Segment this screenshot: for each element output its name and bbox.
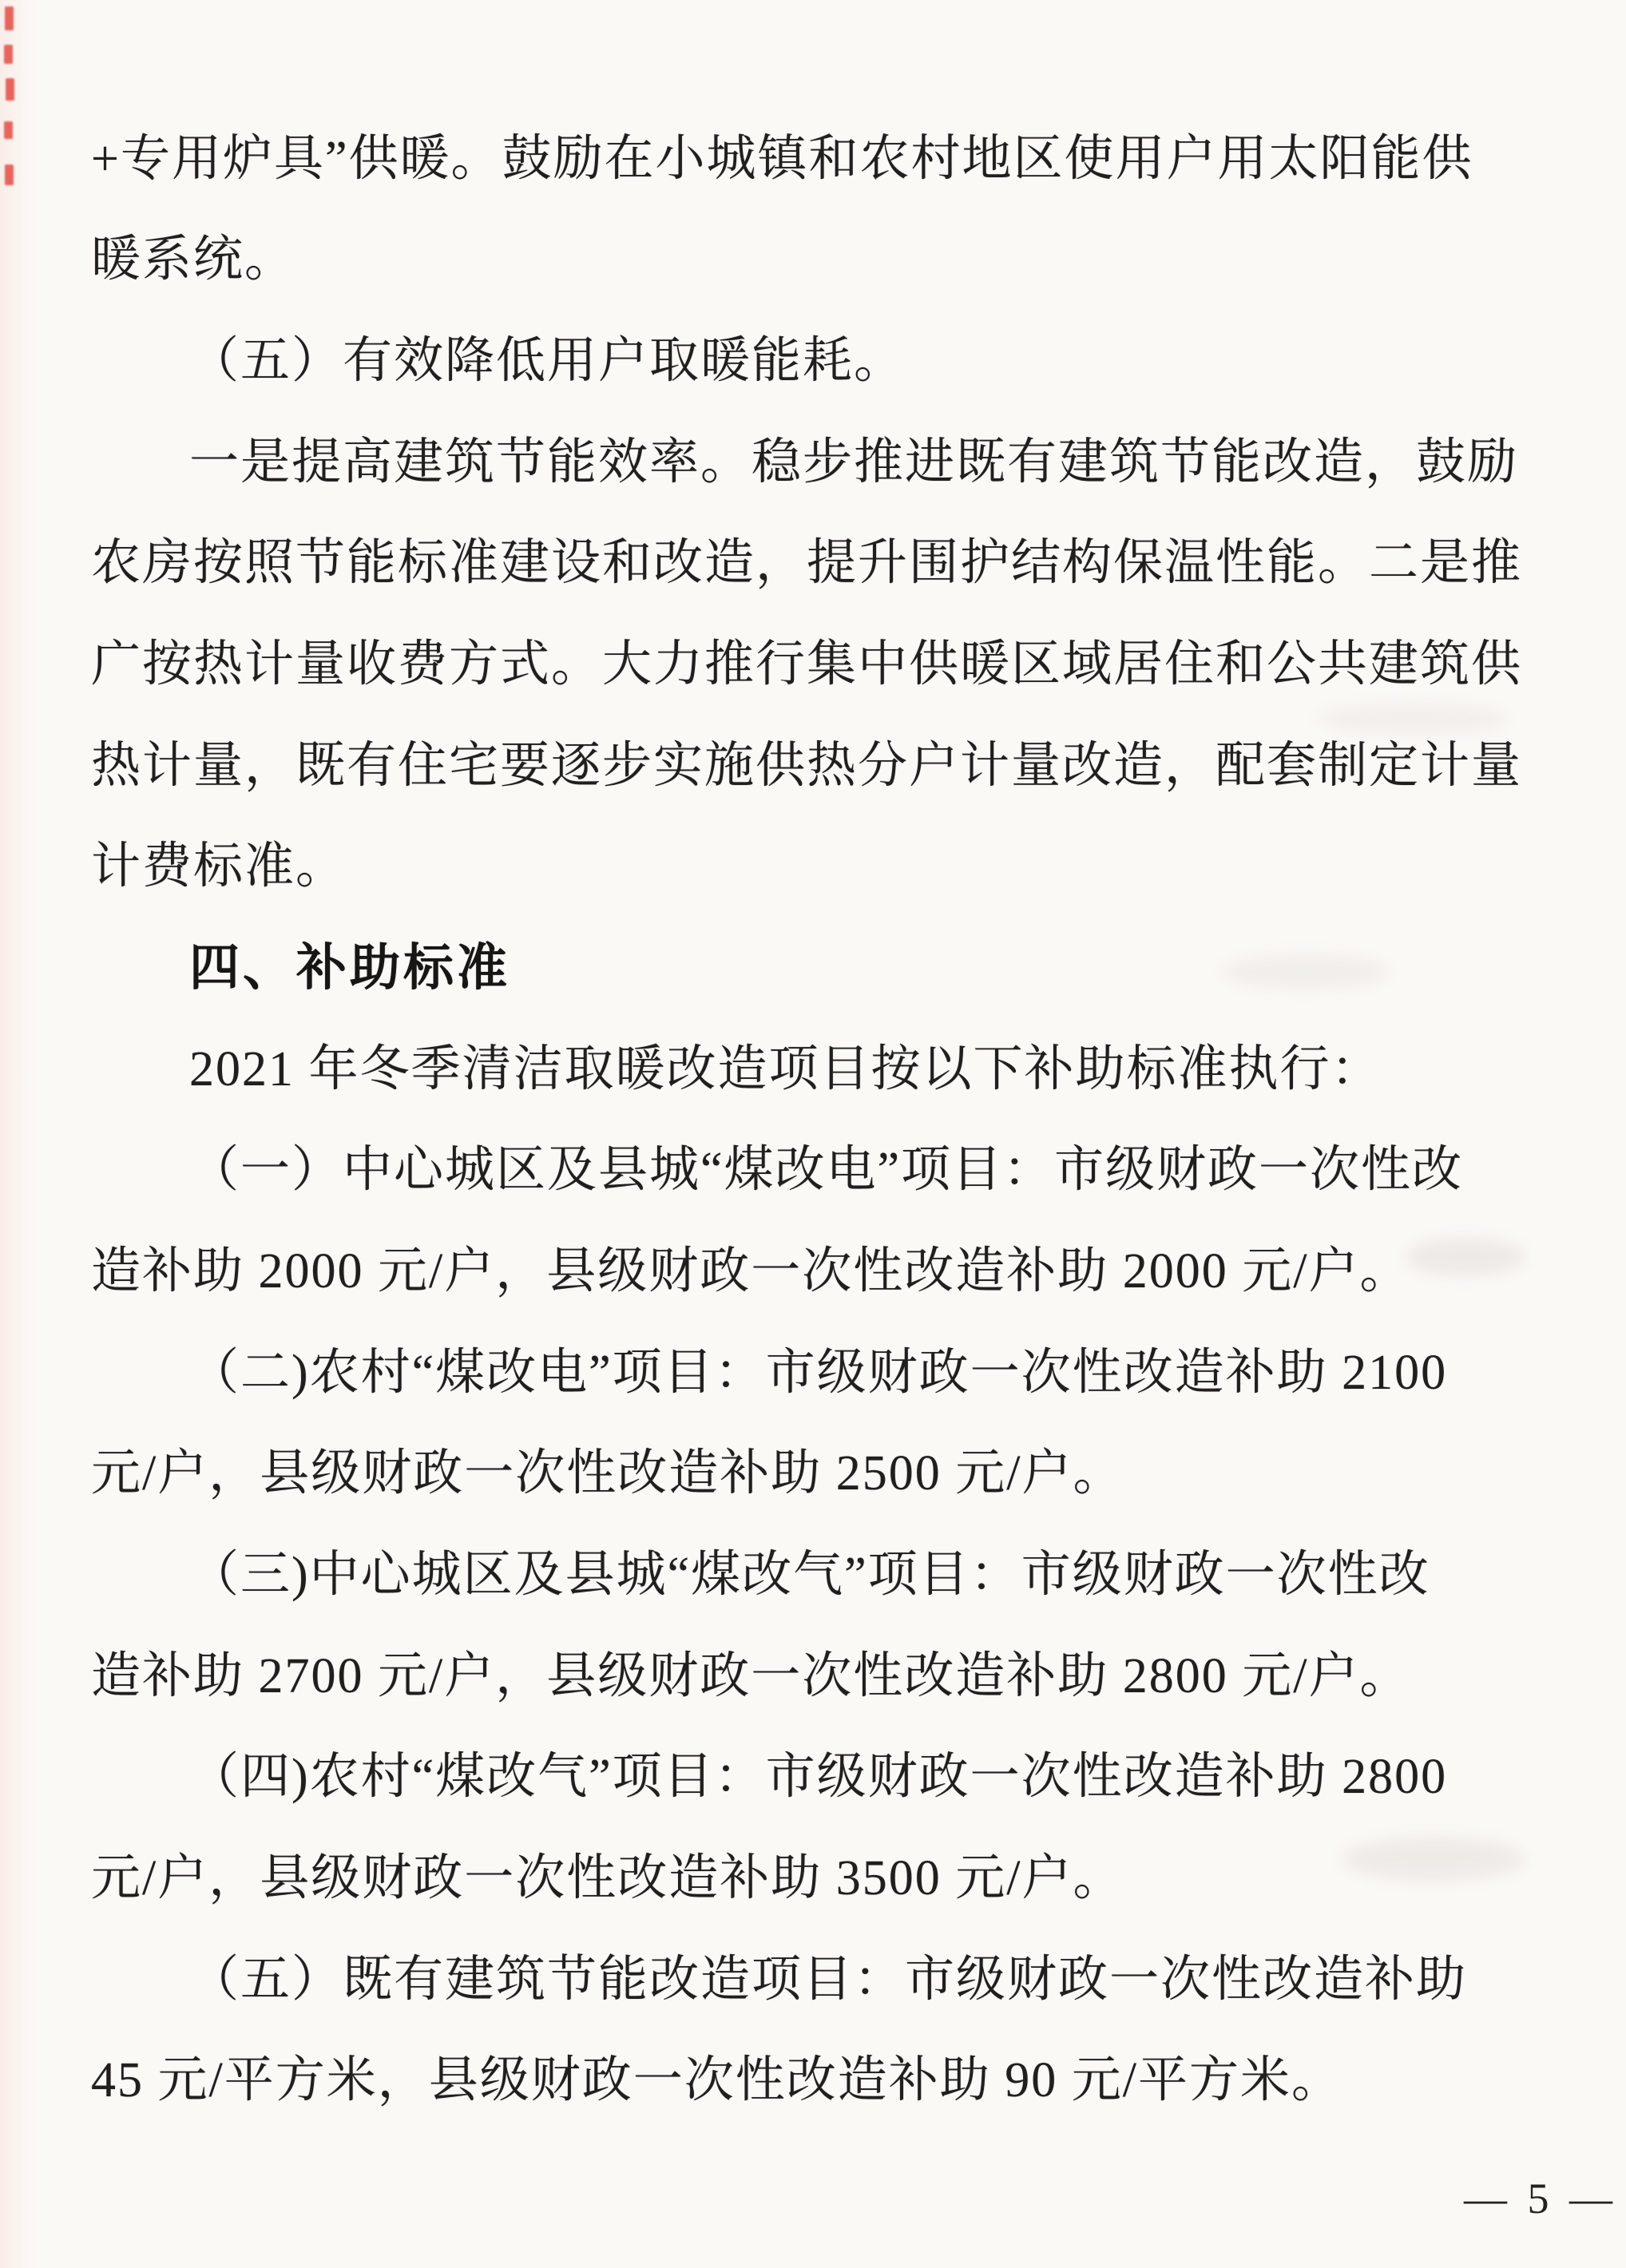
text-line: （五）既有建筑节能改造项目：市级财政一次性改造补助 — [189, 1954, 1467, 2005]
scan-red-edge-mark — [4, 45, 13, 64]
text-line: 农房按照节能标准建设和改造，提升围护结构保温性能。二是推 — [91, 537, 1522, 589]
text-line: 暖系统。 — [91, 234, 295, 285]
text-line: 一是提高建筑节能效率。稳步推进既有建筑节能改造，鼓励 — [189, 437, 1518, 488]
text-line: （三)中心城区及县城“煤改气”项目：市级财政一次性改 — [189, 1549, 1430, 1600]
text-line: （一）中心城区及县城“煤改电”项目：市级财政一次性改 — [189, 1144, 1463, 1195]
scan-edge-tint — [0, 0, 42, 2268]
text-line: 计费标准。 — [91, 841, 347, 892]
text-line: 45 元/平方米，县级财政一次性改造补助 90 元/平方米。 — [91, 2055, 1342, 2106]
page-number: — 5 — — [1464, 2174, 1617, 2223]
bleed-through-smudge — [1342, 1837, 1525, 1881]
section-heading: 四、补助标准 — [189, 942, 510, 993]
scan-red-edge-mark — [6, 78, 14, 101]
bleed-through-smudge — [1318, 703, 1509, 735]
scan-red-edge-mark — [5, 165, 14, 185]
bleed-through-smudge — [1406, 1238, 1525, 1276]
bleed-through-smudge — [1222, 954, 1390, 989]
document-page: +专用炉具”供暖。鼓励在小城镇和农村地区使用户用太阳能供 暖系统。 （五）有效降… — [0, 0, 1626, 2268]
text-line: 造补助 2700 元/户，县级财政一次性改造补助 2800 元/户。 — [91, 1651, 1410, 1702]
text-line: （二)农村“煤改电”项目：市级财政一次性改造补助 2100 — [189, 1347, 1447, 1398]
text-line: 元/户，县级财政一次性改造补助 3500 元/户。 — [91, 1853, 1124, 1904]
text-line: 造补助 2000 元/户，县级财政一次性改造补助 2000 元/户。 — [91, 1246, 1410, 1297]
scan-red-edge-mark — [5, 6, 14, 30]
text-line: +专用炉具”供暖。鼓励在小城镇和农村地区使用户用太阳能供 — [91, 133, 1473, 184]
text-line: 广按热计量收费方式。大力推行集中供暖区域居住和公共建筑供 — [91, 639, 1522, 690]
scan-red-edge-mark — [4, 121, 13, 139]
text-line: 热计量，既有住宅要逐步实施供热分户计量改造，配套制定计量 — [91, 740, 1522, 791]
text-line: 元/户，县级财政一次性改造补助 2500 元/户。 — [91, 1448, 1124, 1499]
text-line: （四)农村“煤改气”项目：市级财政一次性改造补助 2800 — [189, 1751, 1447, 1802]
text-line: 2021 年冬季清洁取暖改造项目按以下补助标准执行： — [189, 1044, 1382, 1095]
text-line: （五）有效降低用户取暖能耗。 — [189, 335, 905, 387]
